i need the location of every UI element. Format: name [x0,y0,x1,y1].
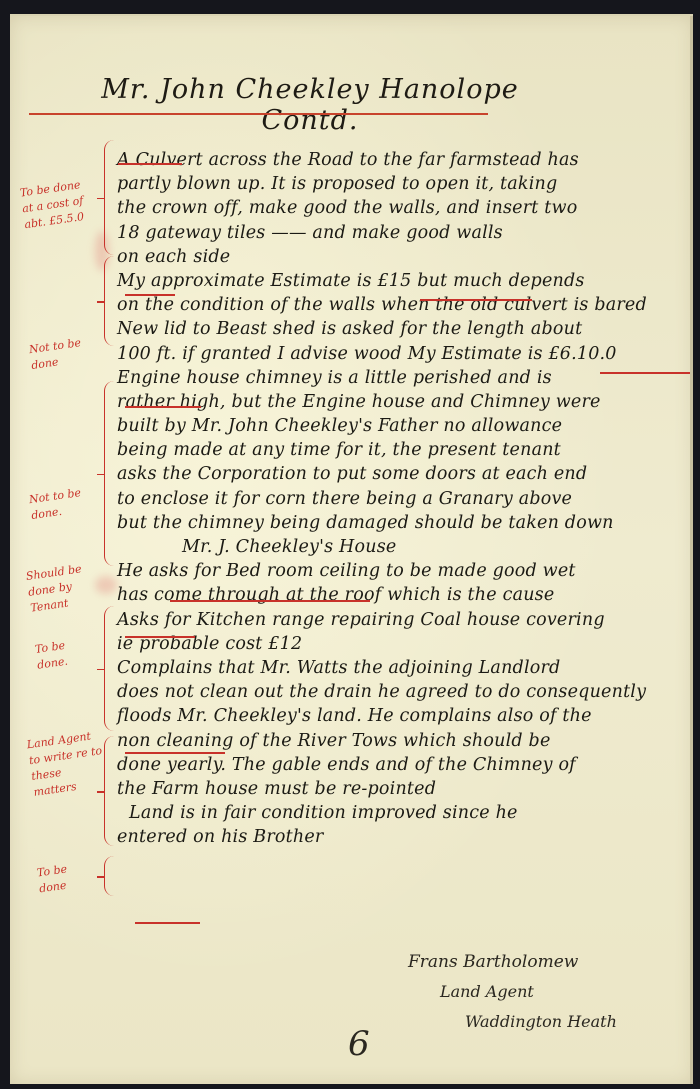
margin-note: To be done. [34,634,94,673]
body-line: He asks for Bed room ceiling to be made … [117,559,697,583]
body-line: Complains that Mr. Watts the adjoining L… [117,656,697,680]
body-line: 18 gateway tiles —— and make good walls [117,221,697,245]
margin-brace [104,140,115,255]
body-line: entered on his Brother [117,825,697,849]
body-line: non cleaning of the River Tows which sho… [117,729,697,753]
signature-name: Frans Bartholomew [408,952,578,972]
body-line: on each side [117,245,697,269]
red-underline [125,294,175,296]
body-line: on the condition of the walls when the o… [117,293,697,317]
body-line: Land is in fair condition improved since… [117,801,697,825]
red-underline [600,372,690,374]
body-line: My approximate Estimate is £15 but much … [117,269,697,293]
body-line: built by Mr. John Cheekley's Father no a… [117,414,697,438]
red-underline [125,406,201,408]
page-number: 6 [348,1024,370,1064]
manuscript-page: Mr. John Cheekley Hanolope Contd. To be … [10,14,693,1084]
signature-role: Land Agent [440,982,534,1001]
body-line: has come through at the roof which is th… [117,583,697,607]
red-underline [420,299,532,301]
red-underline [118,163,182,165]
body-line: Asks for Kitchen range repairing Coal ho… [117,608,697,632]
margin-note: Should be done by Tenant [25,559,101,616]
body-line: to enclose it for corn there being a Gra… [117,487,697,511]
body-line: Engine house chimney is a little perishe… [117,366,697,390]
body-line: rather high, but the Engine house and Ch… [117,390,697,414]
margin-note: Land Agent to write re to these matters [26,727,108,801]
body-line: being made at any time for it, the prese… [117,438,697,462]
margin-brace [104,856,115,896]
title-underline [29,113,488,115]
red-underline [125,636,195,638]
margin-note: To be done at a cost of abt. £5.5.0 [19,177,89,233]
body-line: does not clean out the drain he agreed t… [117,680,697,704]
margin-brace [104,381,115,566]
margin-brace [104,606,115,731]
margin-brace [104,736,115,846]
body-line: ie probable cost £12 [117,632,697,656]
body-line: the crown off, make good the walls, and … [117,196,697,220]
body-line: partly blown up. It is proposed to open … [117,172,697,196]
red-underline [170,600,370,602]
red-underline [135,922,200,924]
page-title: Mr. John Cheekley Hanolope Contd. [50,74,570,136]
body-line: A Culvert across the Road to the far far… [117,148,697,172]
margin-note: Not to be done [28,334,92,374]
body-line: New lid to Beast shed is asked for the l… [117,317,697,341]
margin-note: Not to be done. [28,484,92,524]
letter-body: A Culvert across the Road to the far far… [117,148,697,849]
body-line: the Farm house must be re-pointed [117,777,697,801]
body-line: floods Mr. Cheekley's land. He complains… [117,704,697,728]
red-underline [125,752,225,754]
body-line: but the chimney being damaged should be … [117,511,697,535]
signature-place: Waddington Heath [465,1012,617,1031]
section-heading: Mr. J. Cheekley's House [117,535,697,559]
body-line: asks the Corporation to put some doors a… [117,462,697,486]
body-line: 100 ft. if granted I advise wood My Esti… [117,342,697,366]
body-line: done yearly. The gable ends and of the C… [117,753,697,777]
margin-note: To be done [36,859,90,898]
margin-brace [104,256,115,346]
